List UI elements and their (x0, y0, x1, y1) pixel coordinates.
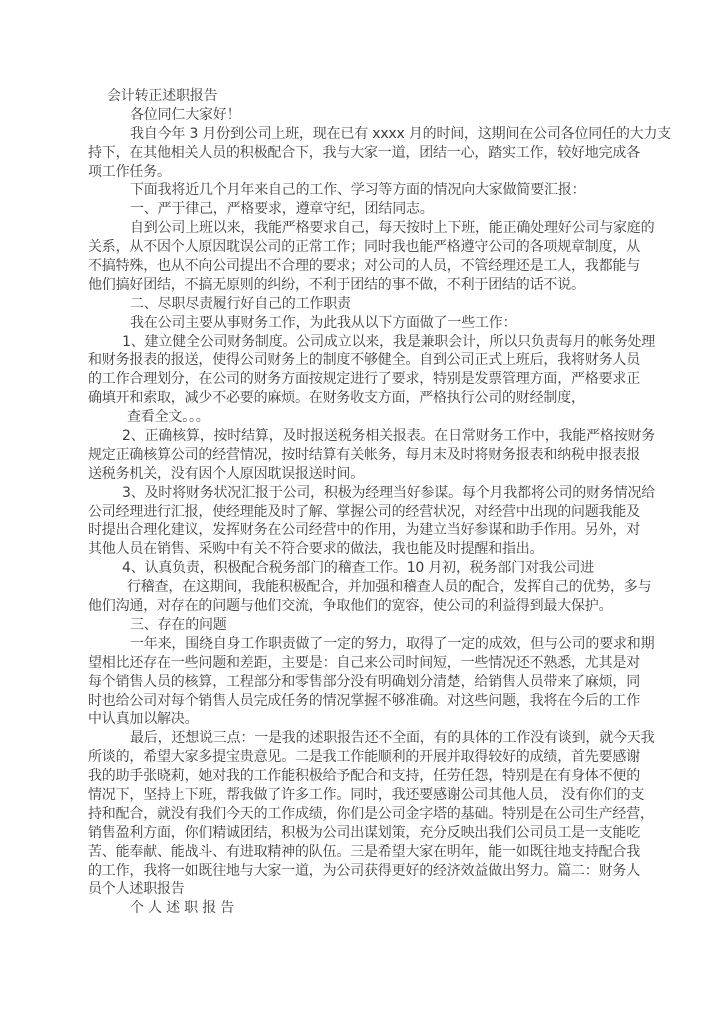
text-line: 最后，还想说三点：一是我的述职报告还不全面，有的具体的工作没有谈到，就今天我 (88, 729, 648, 748)
text-line: 1、建立健全公司财务制度。公司成立以来，我是兼职会计，所以只负责每月的帐务处理 (88, 333, 648, 352)
text-line: 情况下，坚持上下班，帮我做了许多工作。同时，我还要感谢公司其他人员， 没有你们的… (88, 786, 648, 805)
text-line: 行稽查，在这期间，我能积极配合，并加强和稽查人员的配合，发挥自己的优势，多与 (88, 578, 648, 597)
text-line: 关系，从不因个人原因耽误公司的正常工作；同时我也能严格遵守公司的各项规章制度，从 (88, 238, 648, 257)
document-page: 会计转正述职报告各位同仁大家好！我自今年 3 月份到公司上班，现在已有 xxxx… (0, 0, 720, 1017)
text-line: 我的助手张晓莉，她对我的工作能积极给予配合和支持，任劳任怨，特别是在有身体不便的 (88, 767, 648, 786)
text-line: 公司经理进行汇报，使经理能及时了解、掌握公司的经营状况，对经营中出现的问题我能及 (88, 503, 648, 522)
text-line: 2、正确核算，按时结算，及时报送税务相关报表。在日常财务工作中，我能严格按财务 (88, 427, 648, 446)
view-full-text-line[interactable]: 查看全文。。。 (88, 408, 648, 427)
text-line: 他们沟通，对存在的问题与他们交流，争取他们的宽容，使公司的利益得到最大保护。 (88, 597, 648, 616)
text-line: 二、尽职尽责履行好自己的工作职责 (88, 295, 648, 314)
text-line: 三、存在的问题 (88, 616, 648, 635)
text-line: 销售盈利方面，你们精诚团结，积极为公司出谋划策，充分反映出我们公司员工是一支能吃 (88, 824, 648, 843)
text-line: 望相比还存在一些问题和差距，主要是：自己来公司时间短，一些情况还不熟悉，尤其是对 (88, 654, 648, 673)
text-line: 的工作合理划分，在公司的财务方面按规定进行了要求，特别是发票管理方面，严格要求正 (88, 370, 648, 389)
text-line: 个 人 述 职 报 告 (88, 899, 648, 918)
text-line: 时也给公司对每个销售人员完成任务的情况掌握不够准确。对这些问题，我将在今后的工作 (88, 692, 648, 711)
text-line: 4、认真负责，积极配合税务部门的稽查工作。10 月初，税务部门对我公司进 (88, 559, 648, 578)
text-line: 各位同仁大家好！ (88, 106, 648, 125)
text-line: 和财务报表的报送，使得公司财务上的制度不够健全。自到公司正式上班后，我将财务人员 (88, 351, 648, 370)
text-line: 所谈的，希望大家多提宝贵意见。二是我工作能顺利的开展并取得较好的成绩，首先要感谢 (88, 748, 648, 767)
text-line: 每个销售人员的核算，工程部分和零售部分没有明确划分清楚，给销售人员带来了麻烦，同 (88, 673, 648, 692)
text-line: 一、严于律己，严格要求，遵章守纪，团结同志。 (88, 200, 648, 219)
text-line: 我自今年 3 月份到公司上班，现在已有 xxxx 月的时间，这期间在公司各位同任… (88, 125, 648, 144)
text-line: 项工作任务。 (88, 163, 648, 182)
text-line: 送税务机关，没有因个人原因耽误报送时间。 (88, 465, 648, 484)
text-line: 自到公司上班以来，我能严格要求自己，每天按时上下班，能正确处理好公司与家庭的 (88, 219, 648, 238)
text-line: 的工作，我将一如既往地与大家一道，为公司获得更好的经济效益做出努力。篇二：财务人 (88, 862, 648, 881)
text-line: 下面我将近几个月年来自己的工作、学习等方面的情况向大家做简要汇报： (88, 181, 648, 200)
text-line: 其他人员在销售、采购中有关不符合要求的做法，我也能及时提醒和指出。 (88, 540, 648, 559)
text-line: 员个人述职报告 (88, 880, 648, 899)
text-line: 时提出合理化建议，发挥财务在公司经营中的作用，为建立当好参谋和助手作用。另外，对 (88, 521, 648, 540)
text-line: 规定正确核算公司的经营情况，按时结算有关帐务，每月末及时将财务报表和纳税申报表报 (88, 446, 648, 465)
text-line: 一年来，围绕自身工作职责做了一定的努力，取得了一定的成效，但与公司的要求和期 (88, 635, 648, 654)
text-line: 苦、能奉献、能战斗、有进取精神的队伍。三是希望大家在明年，能一如既往地支持配合我 (88, 843, 648, 862)
text-line: 我在公司主要从事财务工作，为此我从以下方面做了一些工作： (88, 314, 648, 333)
text-line: 会计转正述职报告 (88, 87, 648, 106)
text-line: 持下，在其他相关人员的积极配合下，我与大家一道，团结一心，踏实工作，较好地完成各 (88, 144, 648, 163)
text-line: 3、及时将财务状况汇报于公司，积极为经理当好参谋。每个月我都将公司的财务情况给 (88, 484, 648, 503)
text-line: 不搞特殊，也从不向公司提出不合理的要求；对公司的人员，不管经理还是工人，我都能与 (88, 257, 648, 276)
document-body: 会计转正述职报告各位同仁大家好！我自今年 3 月份到公司上班，现在已有 xxxx… (88, 87, 648, 918)
text-line: 持和配合，就没有我们今天的工作成绩，你们是公司金字塔的基础。特别是在公司生产经营… (88, 805, 648, 824)
text-line: 中认真加以解决。 (88, 710, 648, 729)
text-line: 确填开和索取，减少不必要的麻烦。在财务收支方面，严格执行公司的财经制度， (88, 389, 648, 408)
text-line: 他们搞好团结，不搞无原则的纠纷，不利于团结的事不做，不利于团结的话不说。 (88, 276, 648, 295)
